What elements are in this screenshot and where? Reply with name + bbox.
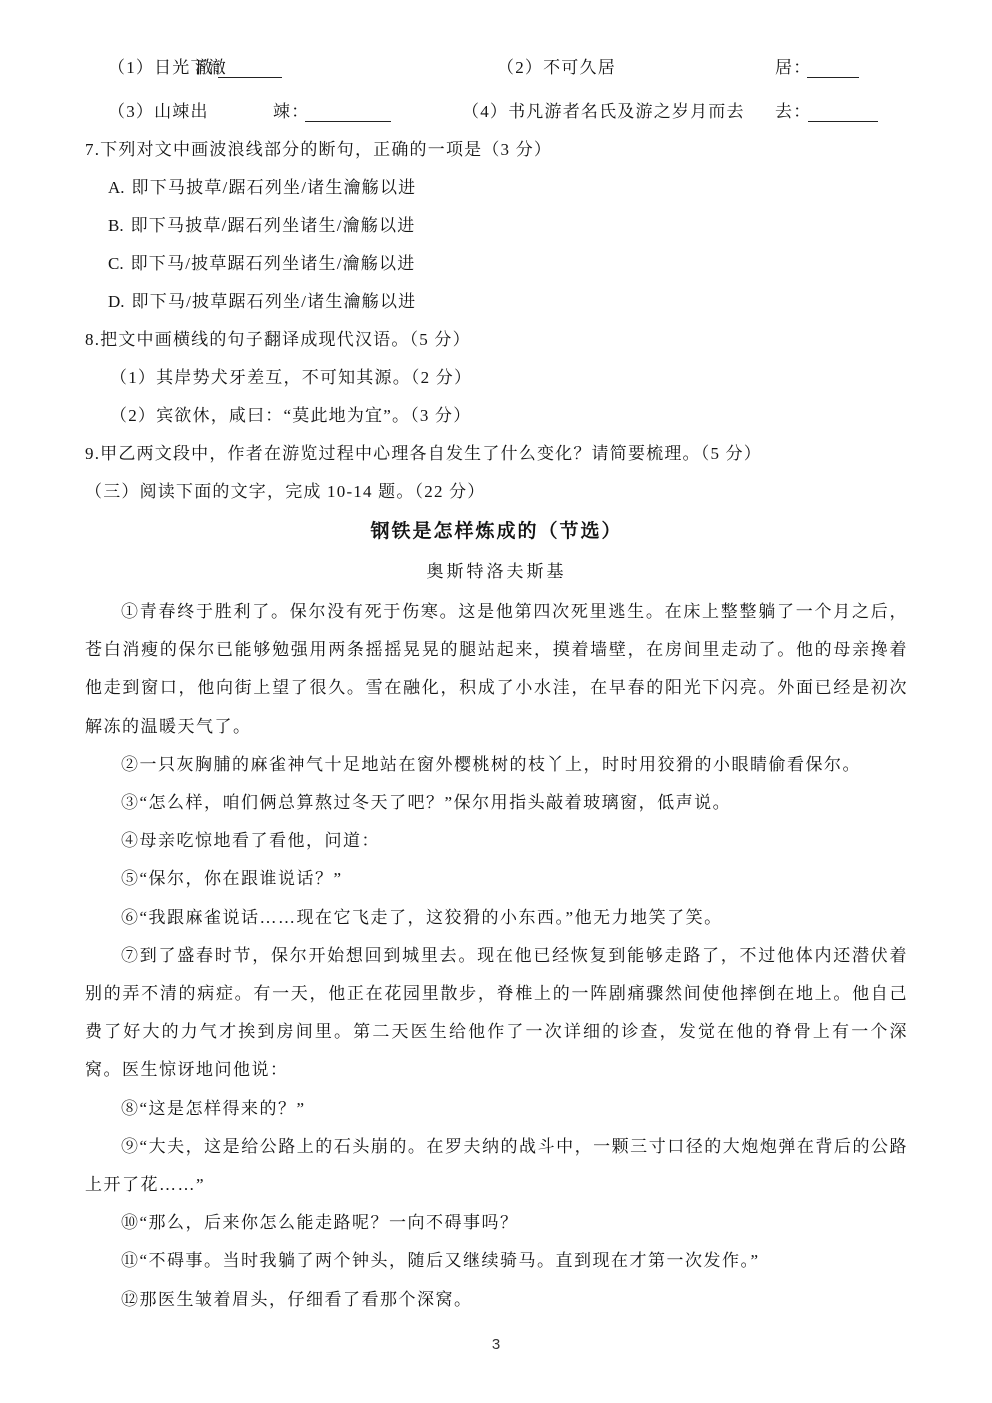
paragraph-5: ⑤“保尔，你在跟谁说话？” xyxy=(85,860,908,898)
answer-blank-2 xyxy=(807,51,859,78)
gloss-3-target-char: 竦： xyxy=(273,93,309,131)
answer-blank-4 xyxy=(808,95,878,122)
page-content: （1）日光下澈 澈： （2）不可久居 居： （3）山竦出 竦： （4）书凡游者名… xyxy=(85,49,908,1319)
paragraph-11: ⑪“不碍事。当时我躺了两个钟头，随后又继续骑马。直到现在才第一次发作。” xyxy=(85,1242,908,1280)
question-8-sub-2: （2）宾欲休，咸曰：“莫此地为宜”。（3 分） xyxy=(85,397,908,435)
question-7-option-d: D.即下马/披草踞石列坐/诸生瀹觞以进 xyxy=(85,283,908,321)
section-3-heading: （三）阅读下面的文字，完成 10-14 题。（22 分） xyxy=(85,473,908,511)
paragraph-7: ⑦到了盛春时节，保尔开始想回到城里去。现在他已经恢复到能够走路了，不过他体内还潜… xyxy=(85,937,908,1090)
paragraph-4: ④母亲吃惊地看了看他，问道： xyxy=(85,822,908,860)
exam-page: （1）日光下澈 澈： （2）不可久居 居： （3）山竦出 竦： （4）书凡游者名… xyxy=(0,0,992,1403)
paragraph-8: ⑧“这是怎样得来的？” xyxy=(85,1090,908,1128)
answer-blank-3 xyxy=(305,95,391,122)
gloss-2-phrase: （2）不可久居 xyxy=(497,49,616,87)
gloss-3-phrase: （3）山竦出 xyxy=(108,93,209,131)
word-gloss-row-2: （3）山竦出 竦： （4）书凡游者名氏及游之岁月而去 去： xyxy=(85,93,908,131)
question-8-sub-1: （1）其岸势犬牙差互，不可知其源。（2 分） xyxy=(85,359,908,397)
paragraph-10: ⑩“那么，后来你怎么能走路呢？一向不碍事吗？ xyxy=(85,1204,908,1242)
option-a-text: 即下马披草/踞石列坐/诸生瀹觞以进 xyxy=(132,178,417,197)
option-b-label: B. xyxy=(108,216,124,235)
paragraph-6: ⑥“我跟麻雀说话……现在它飞走了，这狡猾的小东西。”他无力地笑了笑。 xyxy=(85,899,908,937)
question-8-stem: 8.把文中画横线的句子翻译成现代汉语。（5 分） xyxy=(85,321,908,359)
option-d-label: D. xyxy=(108,292,125,311)
option-b-text: 即下马披草/踞石列坐诸生/瀹觞以进 xyxy=(131,216,416,235)
option-c-label: C. xyxy=(108,254,124,273)
question-9-stem: 9.甲乙两文段中，作者在游览过程中心理各自发生了什么变化？请简要梳理。（5 分） xyxy=(85,435,908,473)
page-number: 3 xyxy=(0,1336,992,1353)
paragraph-9: ⑨“大夫，这是给公路上的石头崩的。在罗夫纳的战斗中，一颗三寸口径的大炮炮弹在背后… xyxy=(85,1128,908,1204)
reading-author: 奥斯特洛夫斯基 xyxy=(85,553,908,591)
gloss-4-target-char: 去： xyxy=(775,93,811,131)
option-c-text: 即下马/披草踞石列坐诸生/瀹觞以进 xyxy=(131,254,416,273)
paragraph-12: ⑫那医生皱着眉头，仔细看了看那个深窝。 xyxy=(85,1281,908,1319)
option-d-text: 即下马/披草踞石列坐/诸生瀹觞以进 xyxy=(132,292,417,311)
question-7-option-b: B.即下马披草/踞石列坐诸生/瀹觞以进 xyxy=(85,207,908,245)
paragraph-2: ②一只灰胸脯的麻雀神气十足地站在窗外樱桃树的枝丫上，时时用狡猾的小眼睛偷看保尔。 xyxy=(85,746,908,784)
question-7-stem: 7.下列对文中画波浪线部分的断句，正确的一项是（3 分） xyxy=(85,131,908,169)
gloss-4-phrase: （4）书凡游者名氏及游之岁月而去 xyxy=(462,93,745,131)
reading-title: 钢铁是怎样炼成的（节选） xyxy=(85,513,908,551)
option-a-label: A. xyxy=(108,178,125,197)
paragraph-3: ③“怎么样，咱们俩总算熬过冬天了吧？”保尔用指头敲着玻璃窗，低声说。 xyxy=(85,784,908,822)
question-7-option-a: A.即下马披草/踞石列坐/诸生瀹觞以进 xyxy=(85,169,908,207)
word-gloss-row-1: （1）日光下澈 澈： （2）不可久居 居： xyxy=(85,49,908,87)
gloss-2-target-char: 居： xyxy=(775,49,811,87)
paragraph-1: ①青春终于胜利了。保尔没有死于伤寒。这是他第四次死里逃生。在床上整整躺了一个月之… xyxy=(85,593,908,746)
question-7-option-c: C.即下马/披草踞石列坐诸生/瀹觞以进 xyxy=(85,245,908,283)
answer-blank-1 xyxy=(218,51,282,78)
